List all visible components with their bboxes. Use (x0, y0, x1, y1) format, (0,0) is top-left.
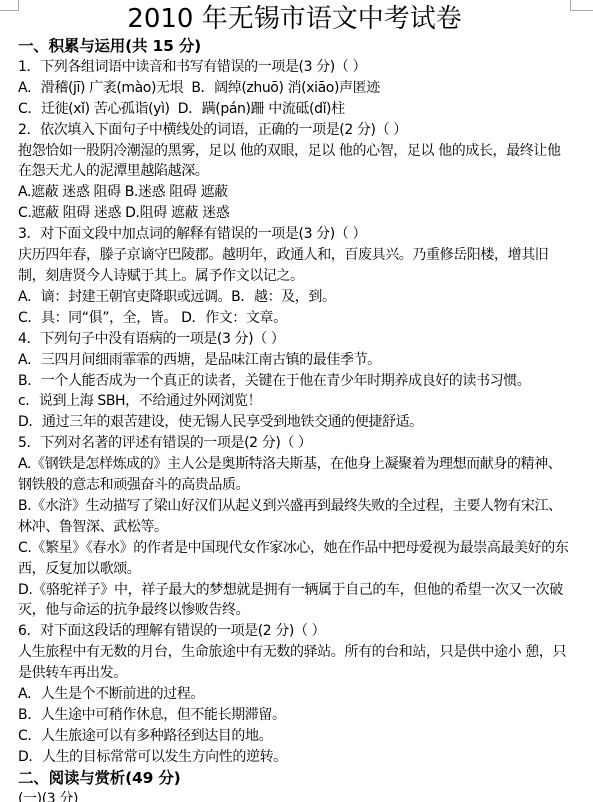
option-line: D．通过三年的艰苦建设，使无锡人民享受到地铁交通的便捷舒适。 (18, 412, 571, 433)
passage-text: 庆历四年春，滕子京谪守巴陵郡。越明年，政通人和，百废具兴。乃重修岳阳楼，增其旧制… (18, 245, 571, 287)
option-line: A．人生是个不断前进的过程。 (18, 684, 571, 705)
question-stem: 3．对下面文段中加点词的解释有错误的一项是(3 分)（ ） (18, 224, 571, 245)
question-stem: 5．下列对名著的评述有错误的一项是(2 分)（ ） (18, 433, 571, 454)
section-heading: 二、阅读与赏析(49 分) (18, 768, 571, 789)
option-line: C．具：同“俱”，全，皆。 D．作文：文章。 (18, 308, 571, 329)
option-line: D．人生的目标常常可以发生方向性的逆转。 (18, 747, 571, 768)
exam-paper-page: 2010 年无锡市语文中考试卷 一、积累与运用(共 15 分)1．下列各组词语中… (0, 0, 593, 802)
question-stem: (一)(3 分) (18, 789, 571, 802)
question-stem: 2．依次填入下面句子中横线处的词语，正确的一项是(2 分)（ ） (18, 120, 571, 141)
option-line: C.遮蔽 阻碍 迷惑 D.阻碍 遮蔽 迷惑 (18, 203, 571, 224)
passage-text: 人生旅程中有无数的月台，生命旅途中有无数的驿站。所有的台和站，只是供中途小 憩，… (18, 642, 571, 684)
option-line: D.《骆驼祥子》中，祥子最大的梦想就是拥有一辆属于自己的车，但他的希望一次又一次… (18, 580, 571, 622)
option-line: B．一个人能否成为一个真正的读者，关键在于他在青少年时期养成良好的读书习惯。 (18, 371, 571, 392)
option-line: C.《繁星》《春水》的作者是中国现代女作家冰心，她在作品中把母爱视为最崇高最美好… (18, 538, 571, 580)
option-line: A．谪：封建王朝官吏降职或远调。B．越：及，到。 (18, 287, 571, 308)
option-line: A．滑稽(jī) 广袤(mào)无垠 B．阔绰(zhuō) 消(xiāo)声匿迹 (18, 78, 571, 99)
passage-text: 抱怨恰如一股阴冷潮湿的黑雾，足以 他的双眼，足以 他的心智，足以 他的成长，最终… (18, 141, 571, 183)
option-line: A.遮蔽 迷惑 阻碍 B.迷惑 阻碍 遮蔽 (18, 182, 571, 203)
question-stem: 1．下列各组词语中读音和书写有错误的一项是(3 分)（ ） (18, 57, 571, 78)
option-line: B．人生途中可稍作休息，但不能长期滞留。 (18, 705, 571, 726)
question-stem: 6．对下面这段话的理解有错误的一项是(2 分)（ ） (18, 621, 571, 642)
section-heading: 一、积累与运用(共 15 分) (18, 36, 571, 57)
document-content: 2010 年无锡市语文中考试卷 一、积累与运用(共 15 分)1．下列各组词语中… (18, 3, 571, 802)
option-line: C．人生旅途可以有多种路径到达目的地。 (18, 726, 571, 747)
option-line: A.《钢铁是怎样炼成的》主人公是奥斯特洛夫斯基，在他身上凝聚着为理想而献身的精神… (18, 454, 571, 496)
page-title: 2010 年无锡市语文中考试卷 (18, 3, 571, 36)
option-line: C．迁徙(xǐ) 苦心孤诣(yì) D．蹒(pán)跚 中流砥(dǐ)柱 (18, 99, 571, 120)
question-stem: 4．下列句子中没有语病的一项是(3 分)（ ） (18, 329, 571, 350)
page-margin-mark-top-right (570, 0, 593, 11)
option-line: c．说到上海 SBH，不给通过外网浏览！ (18, 391, 571, 412)
document-body: 一、积累与运用(共 15 分)1．下列各组词语中读音和书写有错误的一项是(3 分… (18, 36, 571, 802)
page-margin-mark-top-left (0, 0, 19, 11)
option-line: A．三四月间细雨霏霏的西塘，是品味江南古镇的最佳季节。 (18, 350, 571, 371)
option-line: B.《水浒》生动描写了梁山好汉们从起义到兴盛再到最终失败的全过程，主要人物有宋江… (18, 496, 571, 538)
